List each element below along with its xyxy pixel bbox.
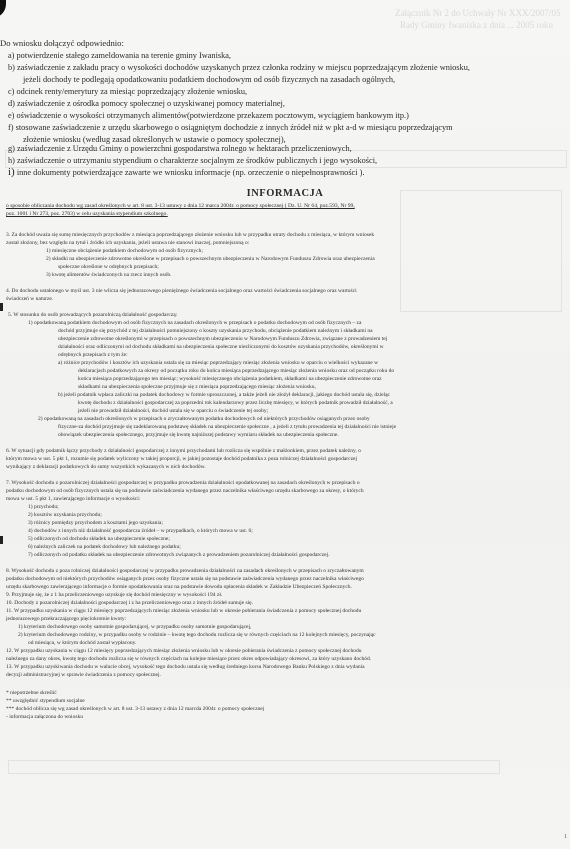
attachments-heading: Do wniosku dołączyć odpowiednio:: [0, 38, 124, 48]
body-line: 12. W przypadku uzyskania w ciągu 12 mie…: [6, 648, 362, 655]
show-through-box: [400, 190, 562, 312]
attachment-item: złożenie wniosku (według zasad określony…: [23, 135, 286, 144]
attachment-item: d) zaświadczenie z ośrodka pomocy społec…: [8, 99, 285, 108]
body-line: od miesiąca, w którym dochód został wypł…: [28, 640, 136, 647]
body-line: - informacja załączona do wniosku: [6, 714, 83, 721]
attachment-item: e) oświadczenie o wysokości otrzymanych …: [8, 111, 409, 120]
body-line: podatku dochodowym od osób fizycznych us…: [6, 488, 364, 495]
body-line: decyzji administracyjnej w sprawie świad…: [6, 672, 161, 679]
body-line: 9. Przyjmuje się, że z 1 ha przeliczenio…: [6, 592, 222, 599]
attachment-item: h) zaświadczenie o utrzymaniu stypendium…: [8, 156, 377, 165]
body-line: 3. Za dochód uważa się sumę miesięcznych…: [6, 232, 374, 239]
scan-corner-mark: [0, 0, 6, 18]
body-line: ubezpieczenie zdrowotne określonymi w pr…: [58, 336, 387, 343]
body-line: * niepotrzebne skreślić: [6, 690, 57, 697]
attachment-item: jeżeli dochody te podlegają opodatkowani…: [23, 75, 395, 84]
body-line: dochód przyjmuje się przychód z tej dzia…: [58, 328, 373, 335]
body-line: należnego za dany okres, kwotę tego doch…: [6, 656, 371, 663]
show-through-header-line: Załącznik Nr 2 do Uchwały Nr XXX/2007/05: [395, 8, 560, 18]
body-line: kwotę dochodu z działalności gospodarcze…: [78, 400, 393, 407]
body-line: b) jeżeli podatnik wpłaca zaliczki na po…: [58, 392, 390, 399]
punch-hole-mark: [0, 536, 3, 544]
body-line: odrębnych przepisach z tym że:: [58, 352, 128, 359]
attachment-item-text: inne dokumenty potwierdzające zawarte we…: [17, 168, 365, 177]
body-line: obowiązek ubezpieczenia społecznego, prz…: [58, 432, 339, 439]
body-line: świadczeń w naturze.: [6, 296, 53, 303]
body-line: 1) kryterium dochodowego osoby samotnie …: [18, 624, 251, 631]
body-line: 1) miesięczne obciążenie podatkiem docho…: [46, 248, 203, 255]
body-line: 11. W przypadku uzyskania w ciągu 12 mie…: [6, 608, 361, 615]
punch-hole-mark: [0, 303, 3, 311]
body-line: 1) przychodu;: [28, 504, 59, 511]
page-number: 1: [564, 834, 567, 840]
body-line: jeżeli nie prowadził działalności, dochó…: [78, 408, 268, 415]
body-line: 1) opodatkowaną podatkiem dochodowym od …: [28, 320, 361, 327]
body-line: ** uwzględnić stypendium socjalne: [6, 698, 85, 705]
body-line: jednorazowego przekraczającego pięciokro…: [6, 616, 126, 623]
body-line: 3) kwotę alimentów świadczonych na rzecz…: [46, 272, 172, 279]
body-line: 2) opodatkowaną na zasadach określonych …: [38, 416, 370, 423]
body-line: *** dochód oblicza się wg zasad określon…: [6, 706, 264, 713]
body-line: 7) odliczonych od podatku składek na ube…: [28, 552, 329, 559]
body-line: 6) należnych zaliczek na podatek dochodo…: [28, 544, 181, 551]
body-line: a) różnice przychodów i kosztów ich uzys…: [58, 360, 378, 367]
attachment-item: c) odcinek renty/emerytury za miesiąc po…: [8, 87, 247, 96]
document-page: Załącznik Nr 2 do Uchwały Nr XXX/2007/05…: [0, 0, 570, 849]
attachment-item: g) zaświadczenie z Urzędu Gminy o powier…: [8, 144, 352, 153]
attachment-item-i: i) inne dokumenty potwierdzające zawarte…: [8, 166, 364, 178]
show-through-box: [8, 760, 500, 774]
body-line: składkami na ubezpieczenia społeczne prz…: [78, 384, 316, 391]
body-line: 3) różnicy pomiędzy przychodem a kosztam…: [28, 520, 163, 527]
body-line: podatku dochodowym od niektórych przycho…: [6, 576, 364, 583]
show-through-header-line: Rady Gminy Iwaniska z dnia ... 2005 roku: [400, 20, 553, 30]
body-line: 4. Do dochodu ustalonego w myśl ust. 3 n…: [6, 288, 357, 295]
body-line: deklaracjach podatkowych za okresy od po…: [78, 368, 394, 375]
body-line: 5) odliczonych od dochodu składek na ube…: [28, 536, 170, 543]
body-line: fizyczne-za dochód przyjmuje się zadekla…: [58, 424, 396, 431]
body-line: 7. Wysokość dochodu z pozarolniczej dzia…: [6, 480, 360, 487]
body-line: został złożony, bez względu na tytuł i ź…: [6, 240, 249, 247]
info-subtitle: poz. 1001 i Nr 273, poz. 2703) w celu uz…: [6, 211, 168, 217]
body-line: którym mowa w ust. 5 pkt 1, rozumie się …: [6, 456, 357, 463]
body-line: 2) kosztów uzyskania przychodu;: [28, 512, 102, 519]
body-line: urzędu skarbowego zawierającego informac…: [6, 584, 352, 591]
body-line: działalności oraz odliczonymi od dochodu…: [58, 344, 384, 351]
body-line: 8. Wysokość dochodu z poza rolniczej dzi…: [6, 568, 364, 575]
body-line: 2) kryterium dochodowego rodziny, w przy…: [18, 632, 376, 639]
body-line: 10. Dochody z pozarolniczej działalności…: [6, 600, 253, 607]
body-line: społeczne określone w odrębnych przepisa…: [58, 264, 159, 271]
body-line: końca miesiąca poprzedzającego ten miesi…: [78, 376, 382, 383]
attachment-item-letter: i): [8, 166, 15, 178]
attachment-item: a) potwierdzenie stałego zameldowania na…: [8, 51, 231, 60]
body-line: wynikający z deklaracji podatkowych do s…: [6, 464, 206, 471]
body-line: 13. W przypadku uzyskiwania dochodu w wa…: [6, 664, 365, 671]
body-line: 5. W stosunku do osób prowadzących pozar…: [8, 312, 177, 319]
info-subtitle: o sposobie obliczania dochodu wg zasad o…: [6, 203, 355, 209]
body-line: 4) dochodów z innych niż działalność gos…: [28, 528, 253, 535]
attachment-item: f) stosowane zaświadczenie z urzędu skar…: [8, 123, 453, 132]
body-line: 6. W sytuacji gdy podatnik łączy przycho…: [6, 448, 361, 455]
attachment-item: b) zaświadczenie z zakładu pracy o wysok…: [8, 63, 470, 72]
body-line: 2) składki na ubezpieczenie zdrowotne ok…: [46, 256, 375, 263]
body-line: mowa w ust. 5 pkt 1, zawierającego infor…: [6, 496, 140, 503]
info-title: INFORMACJA: [0, 188, 570, 199]
